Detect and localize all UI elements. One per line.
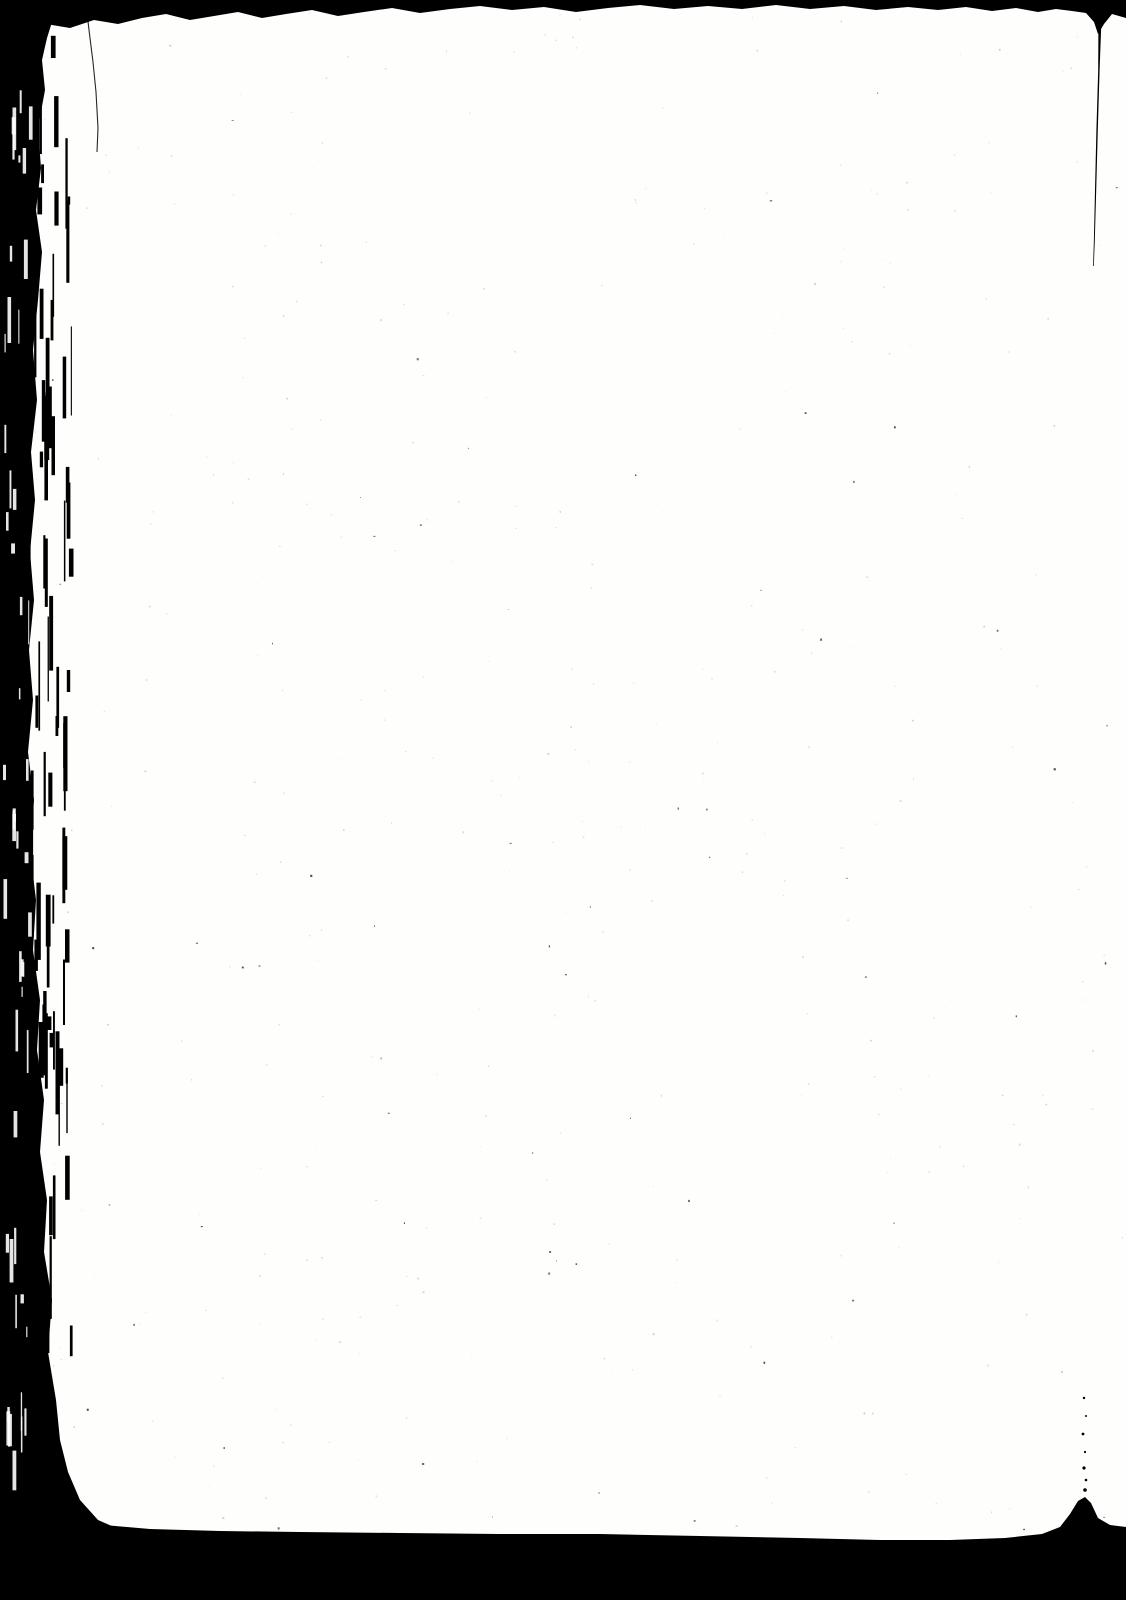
texture-mark (483, 288, 484, 290)
texture-mark (232, 502, 233, 504)
texture-mark (774, 671, 776, 672)
texture-mark (1072, 802, 1073, 803)
texture-mark (222, 1517, 224, 1519)
texture-mark (820, 639, 822, 641)
texture-mark (807, 1013, 809, 1014)
texture-mark (866, 576, 868, 578)
texture-mark (432, 758, 434, 759)
texture-mark (556, 40, 558, 42)
texture-mark (205, 1310, 207, 1311)
texture-mark (554, 1015, 555, 1017)
texture-mark (371, 1056, 373, 1057)
texture-mark (6, 1234, 9, 1253)
texture-mark (480, 1146, 481, 1147)
texture-mark (875, 823, 876, 825)
texture-mark (782, 317, 783, 318)
texture-mark (360, 700, 361, 701)
texture-mark (28, 912, 32, 936)
texture-mark (306, 504, 307, 505)
texture-mark (10, 470, 12, 508)
texture-mark (808, 1084, 810, 1085)
texture-mark (565, 912, 566, 913)
texture-mark (44, 752, 46, 816)
scan-artifacts-canvas (0, 0, 1126, 1600)
texture-mark (45, 1392, 48, 1419)
texture-mark (1080, 473, 1081, 474)
texture-mark (206, 456, 207, 457)
texture-mark (661, 1095, 662, 1097)
texture-mark (81, 1210, 83, 1211)
texture-mark (4, 425, 6, 453)
texture-mark (45, 539, 48, 607)
texture-mark (59, 1347, 61, 1348)
texture-mark (991, 192, 992, 194)
texture-mark (40, 79, 42, 154)
texture-mark (14, 1111, 18, 1137)
texture-mark (37, 188, 42, 215)
texture-mark (167, 613, 168, 615)
texture-mark (262, 577, 263, 578)
texture-mark (67, 670, 70, 692)
texture-mark (850, 646, 851, 647)
texture-mark (476, 1461, 478, 1462)
texture-mark (12, 814, 16, 841)
texture-mark (23, 148, 26, 174)
texture-mark (315, 1340, 316, 1341)
texture-mark (65, 929, 70, 962)
texture-mark (739, 428, 741, 429)
texture-mark (1077, 162, 1078, 163)
texture-mark (39, 1228, 40, 1247)
texture-mark (702, 234, 703, 235)
texture-mark (583, 837, 585, 838)
texture-mark (936, 1503, 937, 1504)
texture-mark (290, 1425, 292, 1426)
texture-mark (1009, 1508, 1010, 1510)
texture-mark (588, 996, 589, 998)
texture-mark (107, 1024, 109, 1025)
texture-mark (8, 1414, 12, 1446)
texture-mark (85, 379, 86, 380)
texture-mark (576, 1263, 578, 1265)
texture-mark (388, 1113, 390, 1114)
texture-mark (139, 1323, 140, 1324)
texture-mark (312, 168, 313, 169)
texture-mark (491, 780, 492, 781)
texture-mark (652, 900, 654, 902)
texture-mark (12, 132, 14, 160)
texture-mark (52, 895, 54, 923)
texture-mark (1103, 1517, 1105, 1518)
texture-mark (40, 289, 44, 339)
texture-mark (92, 947, 94, 949)
texture-mark (360, 497, 361, 498)
texture-mark (485, 1115, 486, 1117)
texture-mark (244, 338, 245, 339)
texture-mark (629, 869, 630, 870)
texture-mark (900, 800, 902, 802)
texture-mark (802, 630, 803, 631)
texture-mark (265, 245, 266, 246)
texture-mark (842, 328, 844, 329)
texture-mark (38, 641, 40, 730)
texture-mark (706, 809, 707, 811)
texture-mark (35, 432, 37, 433)
texture-mark (296, 301, 297, 303)
texture-mark (963, 1166, 964, 1167)
texture-mark (381, 1058, 382, 1060)
texture-mark (427, 519, 428, 520)
texture-mark (991, 1511, 992, 1513)
texture-mark (310, 875, 312, 877)
texture-mark (872, 1413, 874, 1415)
texture-mark (384, 719, 385, 721)
texture-mark (40, 452, 43, 468)
texture-mark (693, 244, 694, 245)
texture-mark (39, 1022, 44, 1078)
texture-mark (287, 398, 289, 400)
texture-mark (53, 254, 55, 317)
texture-mark (366, 241, 367, 242)
texture-mark (814, 283, 816, 285)
texture-mark (717, 742, 718, 743)
texture-mark (171, 155, 173, 157)
texture-mark (35, 696, 38, 728)
texture-mark (771, 1503, 773, 1504)
texture-mark (633, 683, 634, 684)
texture-mark (458, 501, 459, 503)
texture-mark (560, 511, 561, 513)
texture-mark (677, 1282, 678, 1283)
texture-mark (1048, 318, 1049, 320)
texture-mark (71, 830, 72, 832)
texture-mark (560, 1132, 561, 1134)
texture-mark (509, 871, 510, 872)
texture-mark (593, 684, 594, 685)
texture-mark (1082, 982, 1084, 983)
texture-mark (572, 668, 573, 669)
texture-mark (66, 467, 70, 503)
texture-mark (29, 515, 30, 590)
texture-mark (358, 1460, 359, 1461)
texture-mark (423, 676, 424, 678)
texture-mark (688, 1200, 690, 1202)
texture-mark (433, 831, 434, 832)
texture-mark (53, 1365, 54, 1367)
texture-mark (111, 805, 112, 806)
texture-mark (515, 528, 517, 529)
texture-mark (719, 1396, 721, 1397)
texture-mark (891, 1157, 892, 1159)
texture-mark (552, 842, 554, 843)
texture-mark (889, 353, 890, 355)
texture-mark (48, 773, 52, 807)
texture-mark (629, 762, 631, 763)
texture-mark (279, 1024, 280, 1026)
texture-mark (104, 711, 106, 712)
texture-mark (341, 536, 343, 537)
texture-mark (417, 1278, 419, 1280)
texture-mark (500, 795, 501, 796)
texture-mark (1086, 866, 1087, 868)
texture-mark (254, 782, 256, 783)
texture-mark (265, 1497, 267, 1499)
texture-mark (546, 1179, 548, 1180)
texture-mark (201, 1226, 203, 1227)
texture-mark (591, 587, 592, 588)
texture-mark (18, 310, 19, 344)
texture-mark (981, 927, 982, 928)
texture-mark (969, 466, 970, 468)
texture-mark (1046, 1104, 1048, 1106)
texture-mark (1106, 725, 1107, 726)
texture-mark (515, 351, 516, 353)
texture-mark (983, 626, 985, 628)
texture-mark (805, 412, 807, 414)
texture-mark (149, 606, 151, 608)
texture-mark (105, 155, 107, 156)
texture-mark (10, 246, 12, 262)
texture-mark (171, 415, 172, 417)
texture-mark (831, 1336, 832, 1338)
texture-mark (764, 833, 765, 834)
texture-mark (1061, 1371, 1063, 1373)
texture-mark (16, 831, 18, 848)
texture-mark (282, 1442, 284, 1443)
texture-mark (233, 462, 234, 464)
texture-mark (883, 287, 885, 288)
texture-mark (199, 1214, 200, 1215)
texture-mark (280, 861, 281, 862)
texture-mark (601, 285, 602, 286)
texture-mark (44, 119, 45, 120)
texture-mark (20, 597, 23, 615)
texture-mark (645, 188, 646, 189)
texture-mark (52, 379, 54, 381)
texture-mark (41, 164, 44, 183)
texture-mark (894, 426, 896, 428)
texture-mark (694, 1520, 696, 1522)
texture-mark (67, 911, 69, 913)
texture-mark (54, 96, 58, 147)
texture-mark (841, 21, 842, 23)
texture-mark (760, 590, 761, 591)
texture-mark (663, 108, 665, 109)
texture-mark (34, 304, 36, 377)
texture-mark (653, 1333, 655, 1335)
texture-mark (133, 1324, 135, 1326)
texture-mark (406, 1276, 408, 1277)
texture-mark (49, 596, 53, 671)
texture-mark (326, 78, 328, 79)
texture-mark (264, 1254, 265, 1255)
texture-mark (802, 957, 804, 958)
texture-mark (60, 584, 61, 585)
texture-mark (403, 304, 404, 305)
texture-mark (339, 1341, 341, 1343)
texture-mark (260, 1168, 261, 1169)
texture-mark (28, 600, 29, 644)
texture-mark (877, 193, 878, 195)
texture-mark (242, 967, 244, 969)
texture-mark (1008, 352, 1009, 353)
texture-mark (404, 1222, 405, 1224)
texture-mark (851, 342, 853, 343)
texture-mark (516, 506, 518, 507)
texture-mark (575, 749, 576, 750)
texture-mark (480, 1218, 482, 1219)
texture-mark (174, 1457, 176, 1458)
texture-mark (69, 549, 74, 577)
texture-mark (29, 106, 33, 139)
texture-mark (632, 1369, 633, 1371)
texture-mark (322, 142, 324, 144)
paper-background (0, 0, 1126, 1600)
texture-mark (87, 1409, 89, 1411)
texture-mark (66, 1068, 68, 1084)
texture-mark (10, 1239, 14, 1283)
texture-mark (283, 473, 284, 475)
texture-mark (63, 960, 65, 1026)
texture-mark (406, 1417, 407, 1418)
texture-mark (770, 200, 772, 201)
texture-mark (26, 759, 29, 781)
texture-mark (1092, 1108, 1094, 1110)
texture-mark (62, 828, 65, 904)
texture-mark (322, 1096, 323, 1097)
texture-mark (50, 1236, 52, 1319)
texture-mark (71, 326, 72, 415)
texture-mark (906, 182, 908, 184)
texture-mark (341, 760, 343, 761)
texture-mark (14, 1228, 16, 1264)
texture-mark (94, 1277, 95, 1278)
texture-mark (560, 14, 561, 15)
texture-mark (395, 550, 396, 551)
texture-mark (21, 1392, 22, 1431)
scanned-page (0, 0, 1126, 1600)
texture-mark (989, 143, 990, 145)
texture-mark (422, 1463, 424, 1465)
texture-mark (928, 1171, 930, 1172)
texture-mark (877, 92, 878, 94)
texture-mark (519, 777, 520, 778)
texture-mark (290, 213, 292, 214)
texture-mark (37, 1407, 41, 1416)
texture-mark (784, 880, 786, 882)
texture-mark (243, 377, 244, 378)
texture-mark (380, 319, 382, 321)
texture-mark (841, 847, 843, 848)
texture-mark (258, 966, 260, 967)
crease-dot (1083, 1397, 1085, 1399)
texture-mark (15, 1295, 17, 1328)
texture-mark (53, 1175, 56, 1239)
texture-mark (244, 835, 245, 836)
texture-mark (27, 1030, 29, 1073)
texture-mark (750, 1346, 752, 1347)
texture-mark (786, 391, 787, 392)
texture-mark (1054, 768, 1056, 770)
texture-mark (898, 1247, 899, 1248)
texture-mark (343, 829, 345, 831)
texture-mark (18, 155, 20, 162)
texture-mark (306, 1260, 307, 1261)
texture-mark (1019, 1219, 1020, 1220)
texture-mark (233, 194, 234, 195)
texture-mark (181, 1041, 182, 1042)
texture-mark (321, 262, 322, 264)
texture-mark (703, 780, 704, 781)
texture-mark (275, 1409, 276, 1411)
texture-mark (709, 857, 711, 858)
texture-mark (1116, 187, 1118, 188)
texture-mark (322, 1318, 323, 1320)
texture-mark (1043, 1094, 1044, 1096)
texture-mark (13, 1451, 17, 1491)
texture-mark (840, 164, 841, 165)
texture-mark (636, 202, 637, 204)
texture-mark (1013, 747, 1014, 749)
texture-mark (223, 1447, 225, 1449)
texture-mark (214, 1465, 215, 1467)
texture-mark (549, 945, 550, 947)
texture-mark (6, 512, 9, 531)
texture-mark (284, 792, 285, 794)
texture-mark (865, 976, 867, 978)
texture-mark (21, 1294, 24, 1303)
texture-mark (63, 357, 66, 419)
texture-mark (1016, 1015, 1017, 1017)
texture-mark (52, 416, 56, 475)
texture-mark (635, 199, 636, 201)
texture-mark (109, 171, 110, 172)
texture-mark (594, 1000, 596, 1001)
texture-mark (890, 263, 891, 264)
texture-mark (20, 90, 22, 113)
texture-mark (604, 1358, 605, 1359)
texture-mark (545, 34, 546, 36)
texture-mark (61, 1359, 63, 1360)
texture-mark (64, 501, 66, 582)
texture-mark (391, 822, 392, 824)
texture-mark (13, 489, 17, 510)
texture-mark (1082, 999, 1083, 1001)
texture-mark (36, 883, 40, 960)
texture-mark (1077, 36, 1078, 37)
texture-mark (373, 536, 375, 537)
texture-mark (488, 1066, 489, 1068)
texture-mark (954, 154, 955, 155)
texture-mark (676, 1259, 677, 1261)
texture-mark (580, 19, 581, 21)
texture-mark (259, 1275, 261, 1277)
texture-mark (711, 678, 713, 679)
texture-mark (742, 871, 743, 873)
texture-mark (954, 210, 956, 212)
texture-mark (232, 120, 234, 121)
texture-mark (861, 1456, 862, 1457)
texture-mark (150, 524, 151, 525)
texture-mark (74, 1426, 75, 1428)
texture-mark (413, 442, 414, 443)
texture-mark (348, 56, 349, 58)
texture-mark (656, 724, 657, 725)
texture-mark (138, 147, 139, 148)
texture-mark (56, 667, 59, 728)
texture-mark (1035, 575, 1037, 576)
texture-mark (331, 514, 333, 515)
